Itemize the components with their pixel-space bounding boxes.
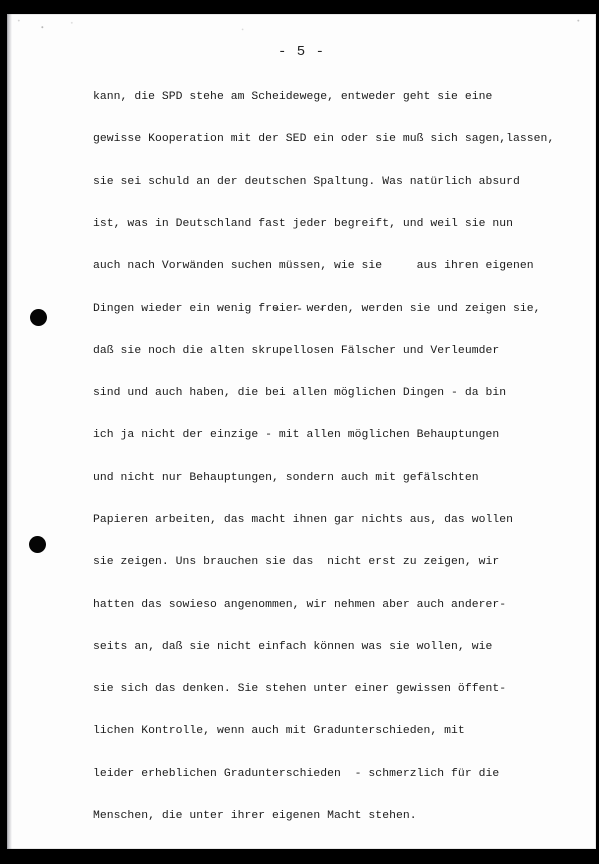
text-line: lichen Kontrolle, wenn auch mit Gradunte… (93, 724, 593, 738)
text-line: leider erheblichen Gradunterschieden - s… (93, 767, 593, 781)
text-line: Papieren arbeiten, das macht ihnen gar n… (93, 513, 593, 527)
text-line: sie sei schuld an der deutschen Spaltung… (93, 175, 593, 189)
page-number: - 5 - (7, 44, 596, 60)
document-page: - 5 - kann, die SPD stehe am Scheidewege… (7, 14, 596, 849)
text-line: hatten das sowieso angenommen, wir nehme… (93, 598, 593, 612)
scan-edge-shadow (7, 14, 12, 849)
punch-hole-icon (29, 536, 46, 553)
text-line: ich ja nicht der einzige - mit allen mög… (93, 428, 593, 442)
text-line: seits an, daß sie nicht einfach können w… (93, 640, 593, 654)
text-line: sie sich das denken. Sie stehen unter ei… (93, 682, 593, 696)
punch-hole-icon (30, 309, 47, 326)
body-text: kann, die SPD stehe am Scheidewege, entw… (93, 62, 593, 851)
text-line: ist, was in Deutschland fast jeder begre… (93, 217, 593, 231)
text-line: kann, die SPD stehe am Scheidewege, entw… (93, 90, 593, 104)
text-line: daß sie noch die alten skrupellosen Fäls… (93, 344, 593, 358)
text-line: gewisse Kooperation mit der SED ein oder… (93, 132, 593, 146)
text-line: sind und auch haben, die bei allen mögli… (93, 386, 593, 400)
text-line: sie zeigen. Uns brauchen sie das nicht e… (93, 555, 593, 569)
end-mark: - - - (7, 302, 596, 316)
scan-noise (7, 14, 596, 36)
text-line: und nicht nur Behauptungen, sondern auch… (93, 471, 593, 485)
text-line: Menschen, die unter ihrer eigenen Macht … (93, 809, 593, 823)
text-line: auch nach Vorwänden suchen müssen, wie s… (93, 259, 593, 273)
